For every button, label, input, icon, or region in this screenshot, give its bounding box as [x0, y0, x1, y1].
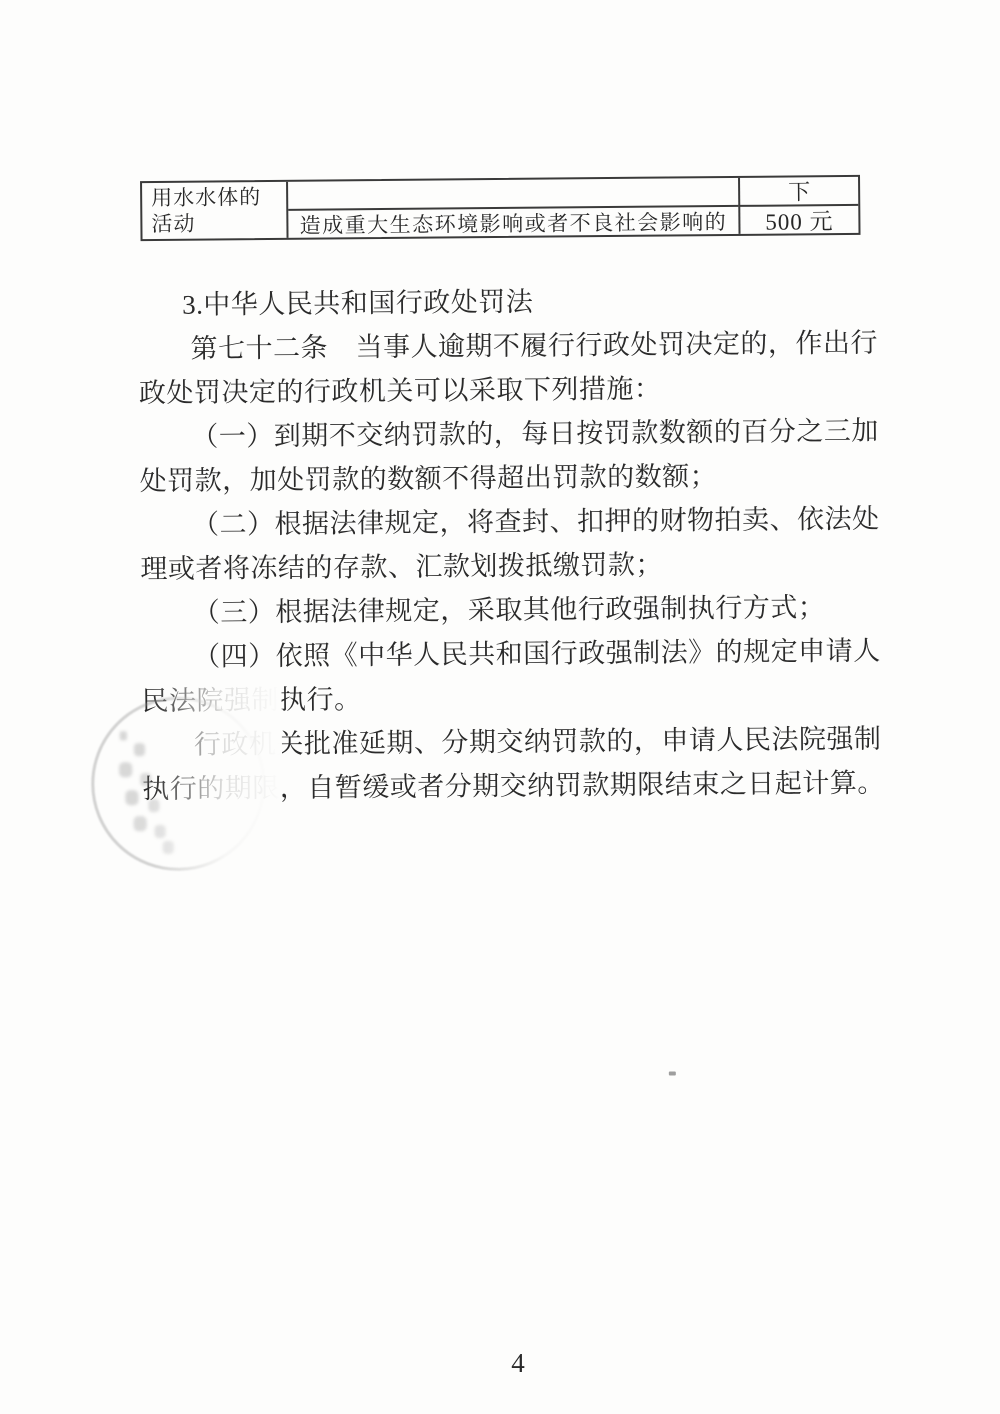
text-line: （二）根据法律规定，将查封、扣押的财物拍卖、依法处 [140, 497, 883, 547]
scan-speck [669, 1071, 676, 1075]
scanned-page: 用水水体的活动 下 造成重大生态环境影响或者不良社会影响的 500 元 3.中华… [0, 0, 1000, 1414]
text-line: 第七十二条 当事人逾期不履行行政处罚决定的，作出行 [138, 321, 881, 371]
penalty-table-fragment: 用水水体的活动 下 造成重大生态环境影响或者不良社会影响的 500 元 [140, 175, 860, 241]
table-cell-condition-row1 [288, 178, 738, 211]
text-line: 政处罚决定的行政机关可以采取下列措施： [139, 365, 882, 415]
legal-text-block: 3.中华人民共和国行政处罚法 第七十二条 当事人逾期不履行行政处罚决定的，作出行… [138, 277, 885, 811]
text-line: 民法院强制执行。 [141, 673, 884, 723]
table-cell-condition-row2: 造成重大生态环境影响或者不良社会影响的 [288, 207, 738, 238]
text-line: （四）依照《中华人民共和国行政强制法》的规定申请人 [141, 629, 884, 679]
section-heading: 3.中华人民共和国行政处罚法 [138, 277, 881, 327]
circular-stamp-watermark [91, 696, 267, 872]
stamp-faint-characters [120, 731, 127, 740]
table-cell-amount-row2: 500 元 [738, 206, 858, 234]
table-cell-activity: 用水水体的活动 [142, 182, 288, 239]
text-line: （一）到期不交纳罚款的，每日按罚款数额的百分之三加 [139, 409, 882, 459]
text-line: （三）根据法律规定，采取其他行政强制执行方式； [141, 585, 884, 635]
text-line: 理或者将冻结的存款、汇款划拨抵缴罚款； [140, 541, 883, 591]
text-line: 处罚款，加处罚款的数额不得超出罚款的数额； [139, 453, 882, 503]
table-cell-amount-row1: 下 [738, 177, 858, 207]
scan-tilt-wrapper: 用水水体的活动 下 造成重大生态环境影响或者不良社会影响的 500 元 3.中华… [0, 0, 1000, 1414]
page-number: 4 [36, 1348, 1000, 1379]
